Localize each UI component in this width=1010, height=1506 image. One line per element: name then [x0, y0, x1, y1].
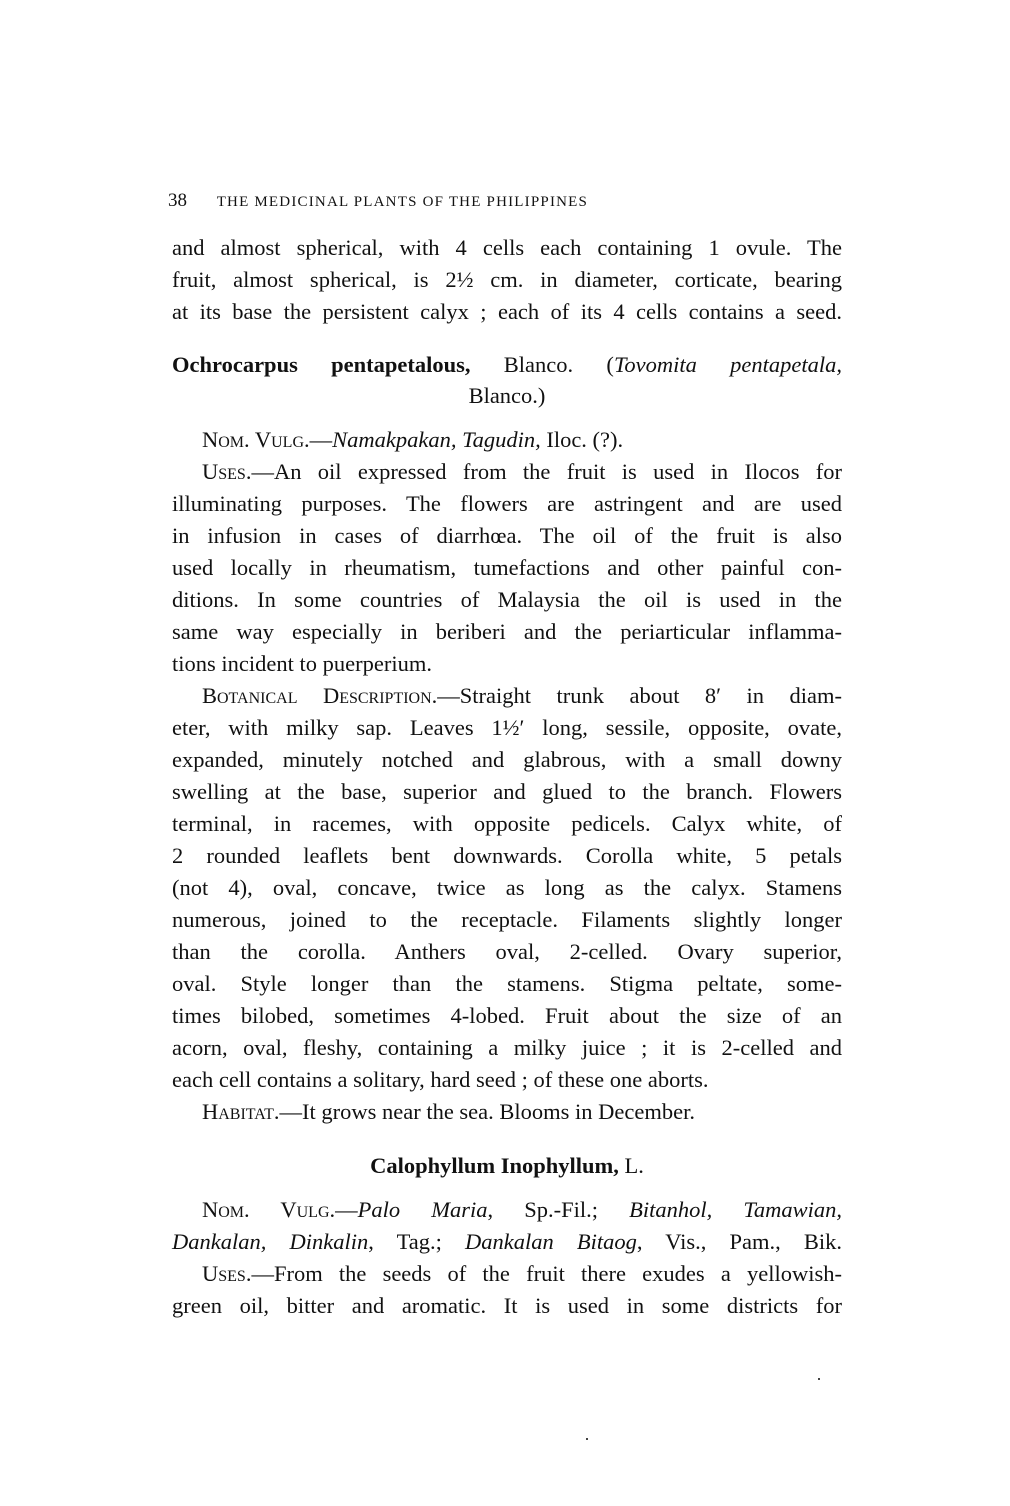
language-tag: Iloc. (?).: [541, 427, 623, 452]
botanical-description-line: Botanical Description.—Straight trunk ab…: [202, 680, 842, 711]
vernacular-name: Palo Maria: [358, 1197, 488, 1222]
section-label: Uses.: [202, 459, 251, 484]
species-author: Blanco.: [471, 352, 574, 377]
text-line: illuminating purposes. The flowers are a…: [172, 488, 842, 519]
text-line: 2 rounded leaflets bent downwards. Corol…: [172, 840, 842, 871]
section-label: Habitat.: [202, 1099, 279, 1124]
text-line: each cell contains a solitary, hard seed…: [172, 1064, 842, 1095]
species-heading: Calophyllum Inophyllum, L.: [172, 1150, 842, 1181]
paren: (: [573, 352, 614, 377]
text-line: numerous, joined to the receptacle. Fila…: [172, 904, 842, 935]
text-line: (not 4), oval, concave, twice as long as…: [172, 872, 842, 903]
text-line: expanded, minutely notched and glabrous,…: [172, 744, 842, 775]
species-heading-cont: Blanco.): [172, 380, 842, 411]
text-line: ditions. In some countries of Malaysia t…: [172, 584, 842, 615]
dash: —: [335, 1197, 358, 1222]
text: —From the seeds of the fruit there exude…: [251, 1261, 842, 1286]
vernacular-names: Namakpakan, Tagudin,: [332, 427, 541, 452]
text-line: acorn, oval, fleshy, containing a milky …: [172, 1032, 842, 1063]
page-number: 38: [168, 190, 212, 212]
uses-line: Uses.—From the seeds of the fruit there …: [202, 1258, 842, 1289]
section-label: Nom. Vulg.: [202, 1197, 335, 1222]
text-line: at its base the persistent calyx ; each …: [172, 296, 842, 327]
text: —Straight trunk about 8′ in diam-: [437, 683, 842, 708]
language-tag: , Tag.;: [368, 1229, 465, 1254]
text-line: eter, with milky sap. Leaves 1½′ long, s…: [172, 712, 842, 743]
section-label: Nom. Vulg.: [202, 427, 310, 452]
text-line: times bilobed, sometimes 4-lobed. Fruit …: [172, 1000, 842, 1031]
species-author: L.: [619, 1153, 644, 1178]
text-line: used locally in rheumatism, tumefactions…: [172, 552, 842, 583]
language-tag: , Sp.-Fil.;: [488, 1197, 630, 1222]
synonym-name: Tovomita pentapetala,: [614, 352, 842, 377]
vernacular-name: Dankalan Bitaog: [465, 1229, 637, 1254]
scan-speck: [818, 1378, 820, 1380]
species-heading: Ochrocarpus pentapetalous, Blanco. (Tovo…: [172, 349, 842, 380]
uses-line: Uses.—An oil expressed from the fruit is…: [202, 456, 842, 487]
species-name: Ochrocarpus pentapetalous,: [172, 352, 471, 377]
section-label: Uses.: [202, 1261, 251, 1286]
running-header: 38 THE MEDICINAL PLANTS OF THE PHILIPPIN…: [168, 190, 848, 212]
nom-vulg-line: Nom. Vulg.—Namakpakan, Tagudin, Iloc. (?…: [202, 424, 842, 455]
nom-vulg-line-cont: Dankalan, Dinkalin, Tag.; Dankalan Bitao…: [172, 1226, 842, 1257]
text-line: oval. Style longer than the stamens. Sti…: [172, 968, 842, 999]
text-line: tions incident to puerperium.: [172, 648, 842, 679]
text-line: in infusion in cases of diarrhœa. The oi…: [172, 520, 842, 551]
text-line: and almost spherical, with 4 cells each …: [172, 232, 842, 263]
text-line: swelling at the base, superior and glued…: [172, 776, 842, 807]
text: —An oil expressed from the fruit is used…: [251, 459, 842, 484]
vernacular-name: Dankalan, Dinkalin: [172, 1229, 368, 1254]
scan-speck: [586, 1438, 588, 1440]
text: —It grows near the sea. Blooms in Decemb…: [279, 1099, 695, 1124]
text-line: than the corolla. Anthers oval, 2-celled…: [172, 936, 842, 967]
text-line: fruit, almost spherical, is 2½ cm. in di…: [172, 264, 842, 295]
species-name: Calophyllum Inophyllum,: [370, 1153, 619, 1178]
book-page: 38 THE MEDICINAL PLANTS OF THE PHILIPPIN…: [0, 0, 1010, 1506]
text-line: same way especially in beriberi and the …: [172, 616, 842, 647]
nom-vulg-line: Nom. Vulg.—Palo Maria, Sp.-Fil.; Bitanho…: [202, 1194, 842, 1225]
habitat-line: Habitat.—It grows near the sea. Blooms i…: [202, 1096, 842, 1127]
dash: —: [310, 427, 333, 452]
text-line: green oil, bitter and aromatic. It is us…: [172, 1290, 842, 1321]
running-title: THE MEDICINAL PLANTS OF THE PHILIPPINES: [217, 194, 588, 210]
section-label: Botanical Description.: [202, 683, 437, 708]
language-tag: , Vis., Pam., Bik.: [637, 1229, 842, 1254]
vernacular-name: Bitanhol, Tamawian,: [629, 1197, 842, 1222]
text-line: terminal, in racemes, with opposite pedi…: [172, 808, 842, 839]
